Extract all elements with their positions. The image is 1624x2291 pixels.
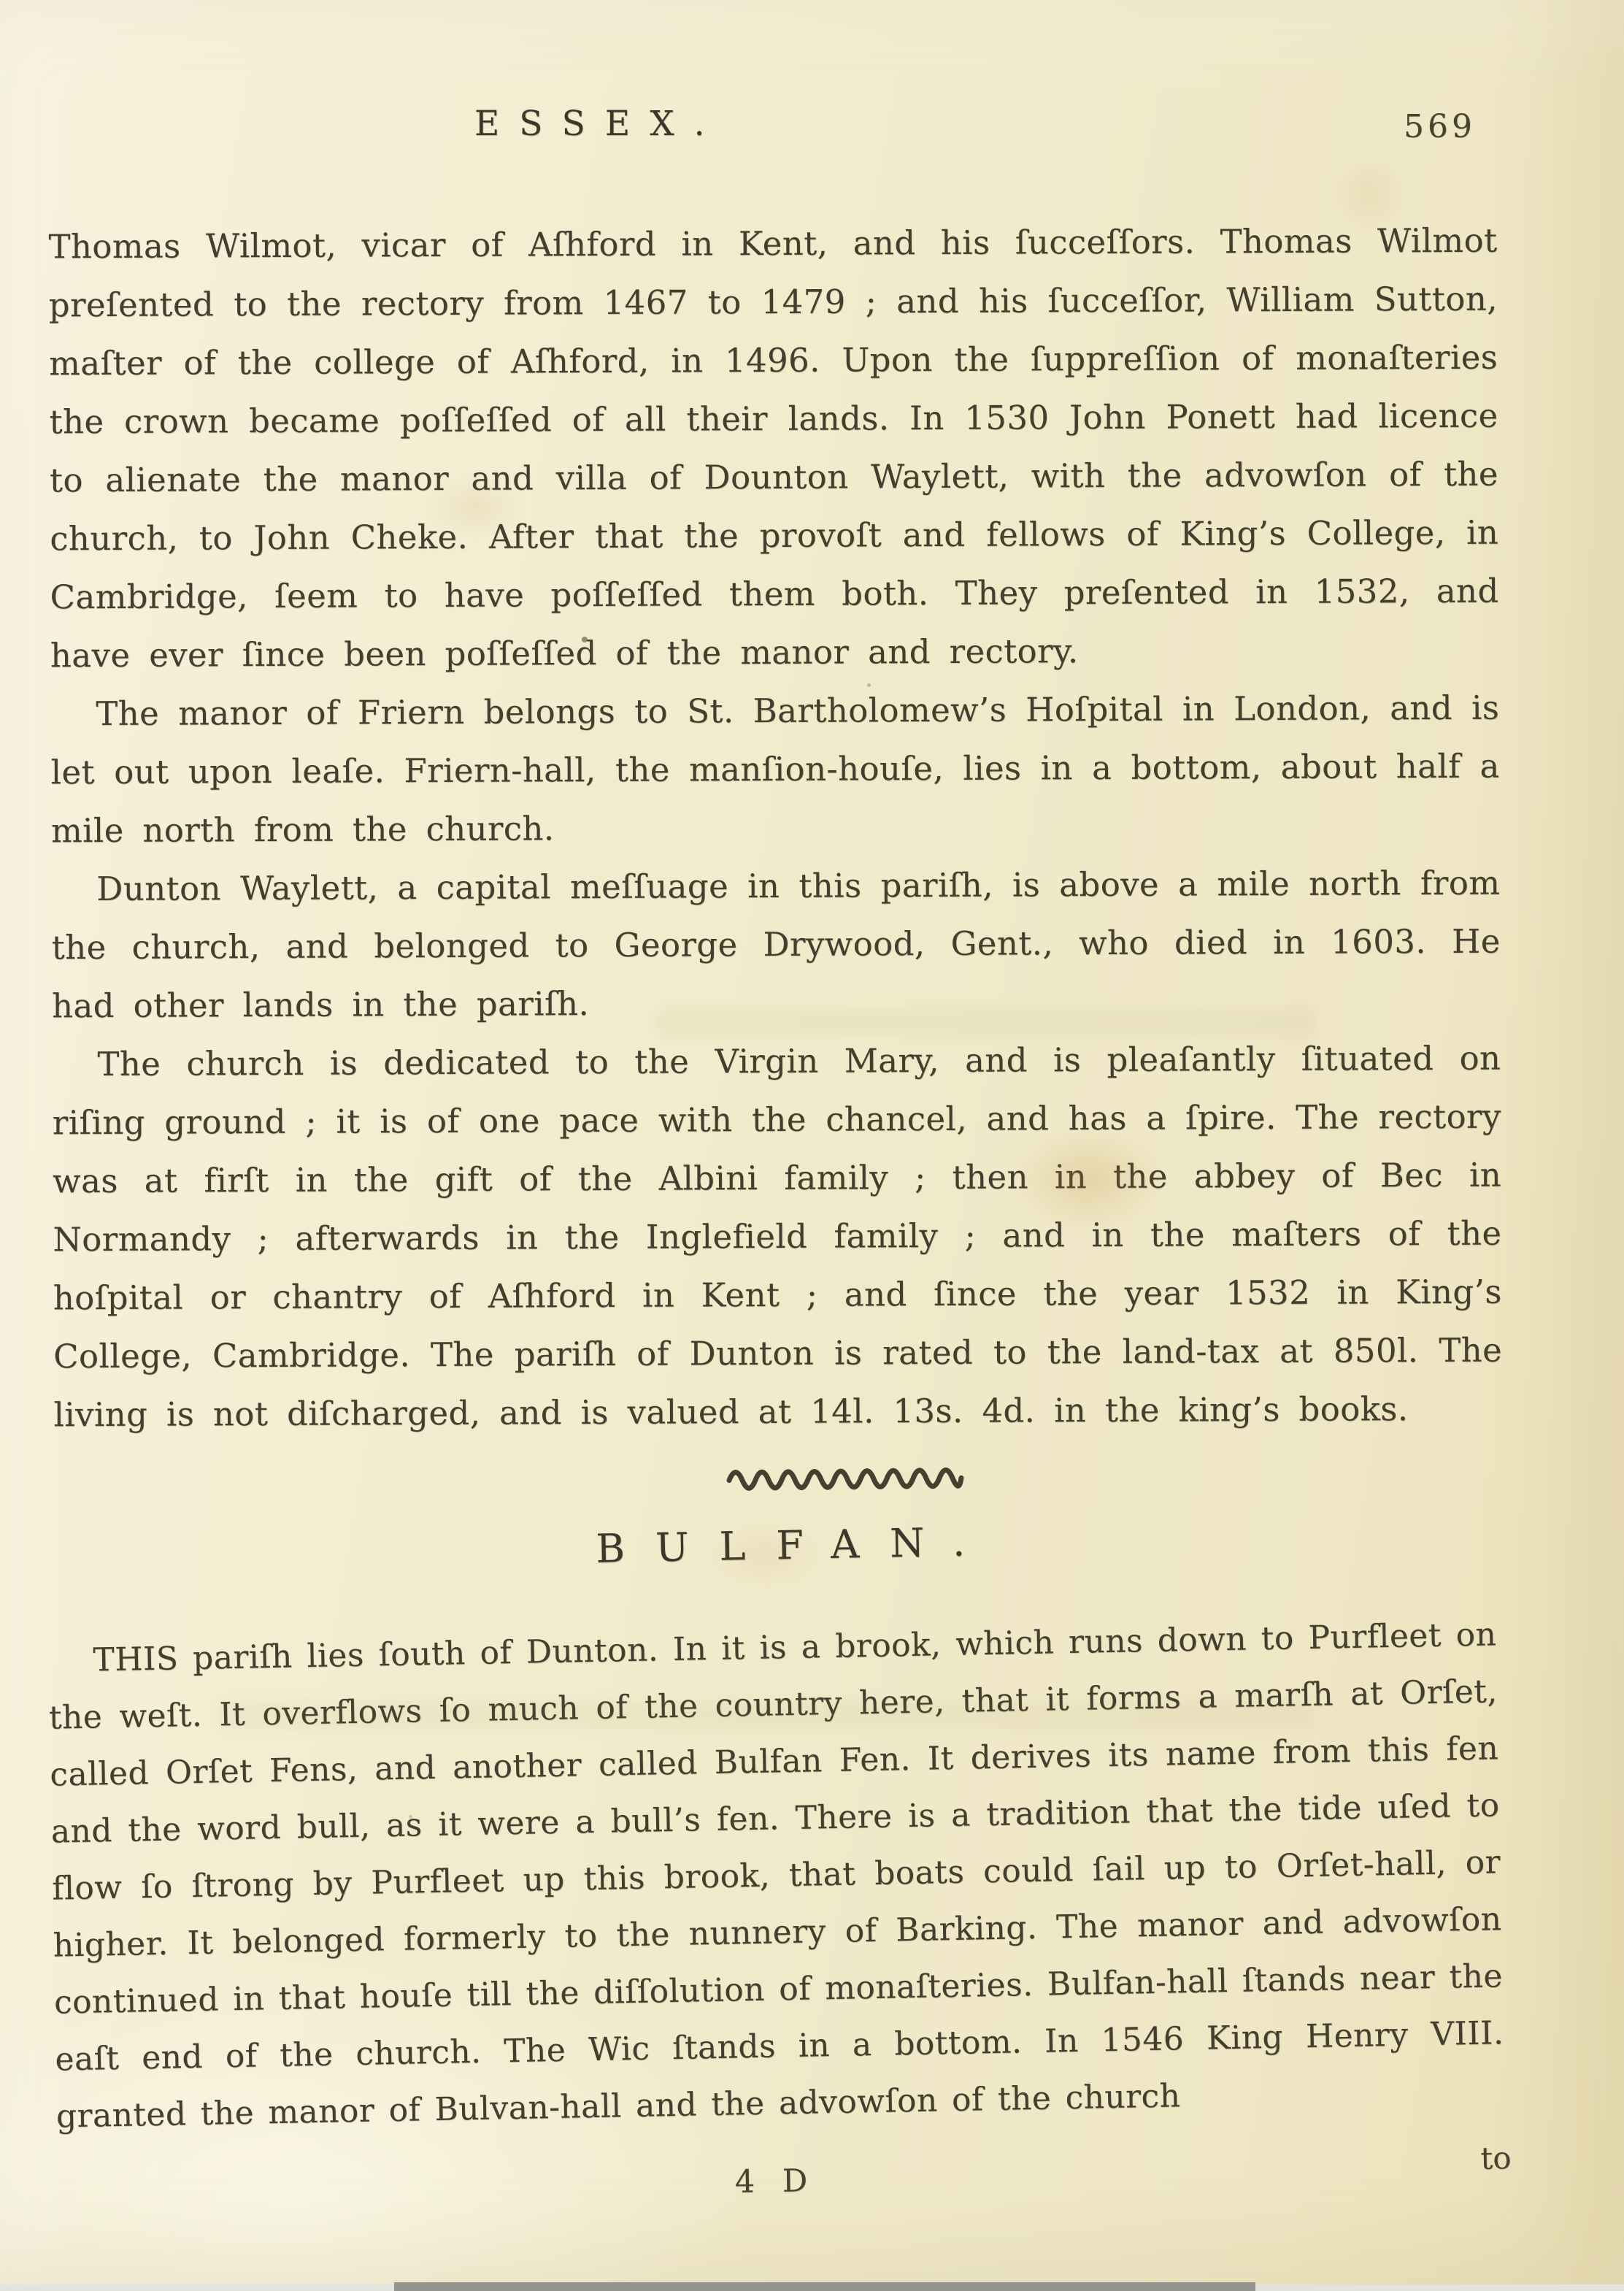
signature-mark: 4 D	[734, 2163, 816, 2200]
book-page-scan: ESSEX. 569 Thomas Wilmot, vicar of Aſhfo…	[0, 0, 1624, 2291]
body-paragraph: The church is dedicated to the Virgin Ma…	[52, 1029, 1502, 1445]
section-heading: BULFAN.	[45, 1509, 1495, 1581]
section-divider-ornament	[51, 1459, 1500, 1505]
paper-speck	[867, 683, 871, 687]
paper-speck	[582, 637, 588, 642]
page-text-block: Thomas Wilmot, vicar of Aſhford in Kent,…	[51, 215, 1500, 2200]
running-header-title: ESSEX.	[474, 104, 725, 144]
catchword: to	[1480, 2140, 1512, 2176]
article-bulfan: BULFAN. THIS pariſh lies ſouth of Dunton…	[45, 1509, 1505, 2145]
page-footer: 4 D to	[51, 2152, 1501, 2211]
body-paragraph: THIS pariſh lies ſouth of Dunton. In it …	[47, 1606, 1506, 2145]
running-header: ESSEX. 569	[0, 104, 1624, 150]
page-number: 569	[1404, 108, 1476, 145]
body-paragraph: Thomas Wilmot, vicar of Aſhford in Kent,…	[48, 212, 1499, 686]
scan-edge-artifact	[394, 2282, 1255, 2291]
body-paragraph: The manor of Friern belongs to St. Barth…	[50, 679, 1500, 861]
article-dunton: Thomas Wilmot, vicar of Aſhford in Kent,…	[48, 212, 1502, 1445]
paper-speck	[409, 1815, 412, 1819]
body-paragraph: Dunton Waylett, a capital meſſuage in th…	[51, 854, 1501, 1036]
wavy-rule-icon	[724, 1464, 965, 1491]
